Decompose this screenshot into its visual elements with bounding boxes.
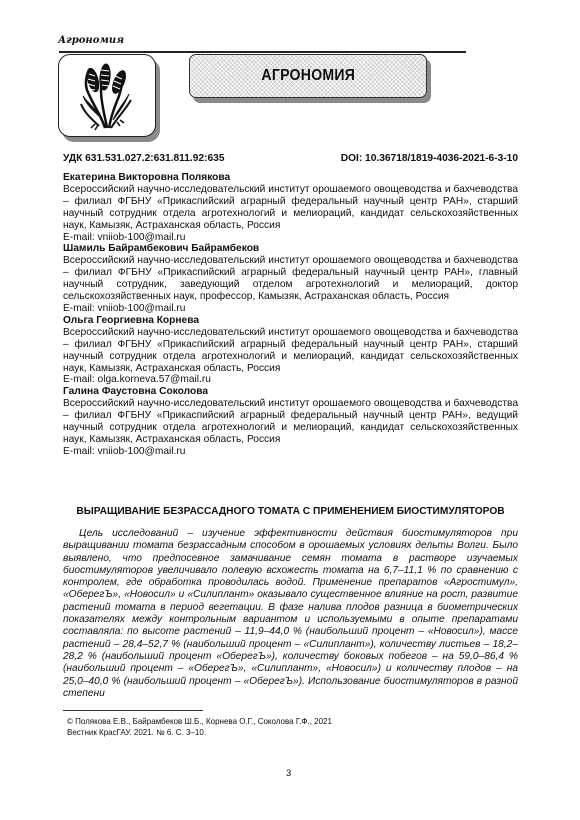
author-affiliation: Всероссийский научно-исследовательский и… bbox=[63, 327, 518, 375]
author-name: Ольга Георгиевна Корнева bbox=[63, 315, 518, 327]
section-banner: АГРОНОМИЯ bbox=[189, 54, 427, 98]
running-head: Агрономия bbox=[58, 35, 124, 46]
author-name: Галина Фаустовна Соколова bbox=[63, 386, 518, 398]
author-email[interactable]: E-mail: vniiob-100@mail.ru bbox=[63, 232, 518, 244]
udc-code: УДК 631.531.027.2:631.811.92:635 bbox=[63, 153, 224, 164]
section-logo bbox=[58, 54, 156, 137]
article-title: ВЫРАЩИВАНИЕ БЕЗРАССАДНОГО ТОМАТА С ПРИМЕ… bbox=[63, 506, 518, 517]
footnote-rule bbox=[63, 710, 203, 711]
article-identifiers: УДК 631.531.027.2:631.811.92:635 DOI: 10… bbox=[63, 153, 518, 164]
copyright-notice: © Полякова Е.В., Байрамбеков Ш.Б., Корне… bbox=[67, 716, 332, 727]
citation: Вестник КрасГАУ. 2021. № 6. С. 3–10. bbox=[67, 727, 332, 738]
author-affiliation: Всероссийский научно-исследовательский и… bbox=[63, 398, 518, 446]
header-rule bbox=[59, 51, 466, 53]
author-name: Екатерина Викторовна Полякова bbox=[63, 172, 518, 184]
author-affiliation: Всероссийский научно-исследовательский и… bbox=[63, 255, 518, 303]
author-block: Екатерина Викторовна Полякова Всероссийс… bbox=[63, 172, 518, 243]
page-number: 3 bbox=[286, 768, 291, 779]
author-affiliation: Всероссийский научно-исследовательский и… bbox=[63, 184, 518, 232]
author-block: Шамиль Байрамбекович Байрамбеков Всеросс… bbox=[63, 243, 518, 314]
doi[interactable]: DOI: 10.36718/1819-4036-2021-6-3-10 bbox=[341, 153, 518, 164]
author-block: Галина Фаустовна Соколова Всероссийский … bbox=[63, 386, 518, 457]
author-list: Екатерина Викторовна Полякова Всероссийс… bbox=[63, 172, 518, 458]
section-banner-title: АГРОНОМИЯ bbox=[261, 67, 355, 85]
author-email[interactable]: E-mail: olga.korneva.57@mail.ru bbox=[63, 374, 518, 386]
author-email[interactable]: E-mail: vniiob-100@mail.ru bbox=[63, 303, 518, 315]
wheat-sheaf-icon bbox=[71, 60, 143, 132]
author-block: Ольга Георгиевна Корнева Всероссийский н… bbox=[63, 315, 518, 386]
author-email[interactable]: E-mail: vniiob-100@mail.ru bbox=[63, 446, 518, 458]
footnote: © Полякова Е.В., Байрамбеков Ш.Б., Корне… bbox=[67, 716, 332, 738]
author-name: Шамиль Байрамбекович Байрамбеков bbox=[63, 243, 518, 255]
abstract: Цель исследований – изучение эффективнос… bbox=[63, 528, 518, 700]
